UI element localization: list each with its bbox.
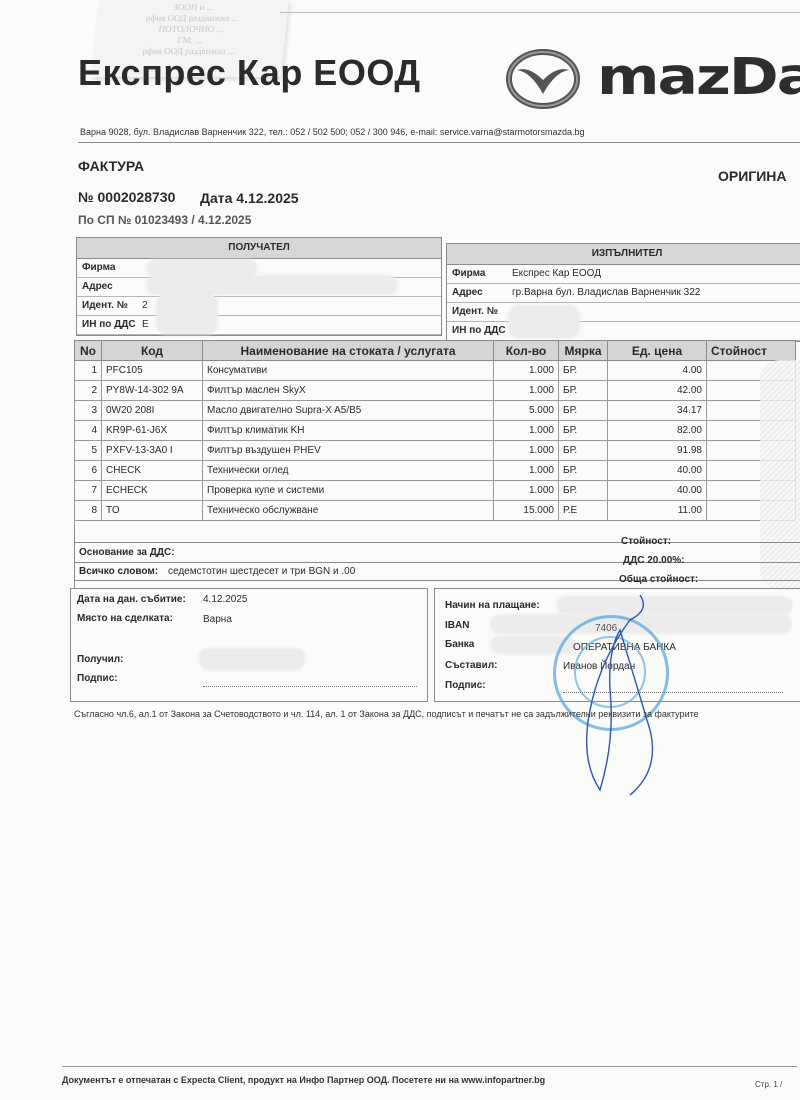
item-code: KR9P-61-J6X <box>102 421 203 441</box>
received-label: Получил: <box>77 654 123 665</box>
row-number: 5 <box>75 441 102 461</box>
item-code: 0W20 208I <box>102 401 203 421</box>
item-unit-price: 42.00 <box>608 381 707 401</box>
item-quantity: 1.000 <box>494 461 559 481</box>
event-date-value: 4.12.2025 <box>203 594 248 605</box>
footer-rule <box>62 1066 797 1067</box>
row-number: 6 <box>75 461 102 481</box>
item-code: PXFV-13-3A0 I <box>102 441 203 461</box>
item-code: ECHECK <box>102 481 203 501</box>
supplier-panel: ИЗПЪЛНИТЕЛ Фирма Експрес Кар ЕООД Адрес … <box>446 243 800 342</box>
item-name: Технически оглед <box>203 461 494 481</box>
iban-label: IBAN <box>445 620 469 631</box>
item-unit-price: 40.00 <box>608 481 707 501</box>
bank-label: Банка <box>445 639 474 650</box>
event-date-label: Дата на дан. събитие: <box>77 594 186 605</box>
item-code: CHECK <box>102 461 203 481</box>
field-label: ИН по ДДС <box>452 322 506 340</box>
supplier-heading: ИЗПЪЛНИТЕЛ <box>447 244 800 265</box>
item-unit: БР. <box>559 361 608 381</box>
col-price: Ед. цена <box>608 341 707 361</box>
document-title: ФАКТУРА <box>78 158 144 174</box>
item-quantity: 1.000 <box>494 421 559 441</box>
sp-reference: По СП № 01023493 / 4.12.2025 <box>78 213 251 227</box>
in-words-label: Всичко словом: <box>79 566 158 577</box>
contact-line: Варна 9028, бул. Владислав Варненчик 322… <box>80 127 585 137</box>
item-quantity: 1.000 <box>494 441 559 461</box>
item-unit: БР. <box>559 401 608 421</box>
recipient-row-vat: ИН по ДДС Е <box>77 316 441 335</box>
item-unit: Р.Е <box>559 501 608 521</box>
field-label: Адрес <box>82 278 113 296</box>
table-header-row: No Код Наименование на стоката / услугат… <box>75 341 796 361</box>
redaction <box>147 260 257 276</box>
field-label: Идент. № <box>452 303 498 321</box>
item-quantity: 1.000 <box>494 361 559 381</box>
item-unit-price: 82.00 <box>608 421 707 441</box>
flap-text: ЗООН и ... <box>98 2 289 13</box>
header-rule <box>78 142 800 143</box>
field-label: Фирма <box>452 265 486 283</box>
event-details-box: Дата на дан. събитие: 4.12.2025 Място на… <box>70 588 428 702</box>
totals-section: Стойност: Основание за ДДС: ДДС 20.00%: … <box>74 524 800 588</box>
item-code: PY8W-14-302 9A <box>102 381 203 401</box>
signature-line-left <box>203 686 417 687</box>
item-unit: БР. <box>559 441 608 461</box>
signature-icon <box>560 590 670 800</box>
place-value: Варна <box>203 614 232 625</box>
vat-label: ДДС 20.00%: <box>623 555 685 566</box>
row-number: 2 <box>75 381 102 401</box>
item-unit: БР. <box>559 461 608 481</box>
company-name: Експрес Кар ЕООД <box>78 52 421 94</box>
invoice-number: № 0002028730 <box>78 189 175 205</box>
col-unit: Мярка <box>559 341 608 361</box>
row-number: 4 <box>75 421 102 441</box>
col-value: Стойност <box>707 341 796 361</box>
field-value: гр.Варна бул. Владислав Варненчик 322 <box>512 284 700 302</box>
table-row: 4KR9P-61-J6XФилтър климатик KH1.000БР.82… <box>75 421 796 441</box>
table-row: 2PY8W-14-302 9AФилтър маслен SkyX1.000БР… <box>75 381 796 401</box>
item-name: Консумативи <box>203 361 494 381</box>
copy-label: ОРИГИНА <box>718 168 787 184</box>
row-number: 1 <box>75 361 102 381</box>
item-name: Филтър въздушен PHEV <box>203 441 494 461</box>
table-row: 30W20 208IМасло двигателно Supra-X A5/B5… <box>75 401 796 421</box>
page-number: Стр. 1 / <box>755 1080 782 1089</box>
issued-by-label: Съставил: <box>445 660 498 671</box>
item-quantity: 5.000 <box>494 401 559 421</box>
item-code: PFC105 <box>102 361 203 381</box>
redaction <box>509 306 579 338</box>
invoice-date: Дата 4.12.2025 <box>200 190 299 206</box>
redaction <box>199 649 305 669</box>
item-name: Техническо обслужване <box>203 501 494 521</box>
signature-label-right: Подпис: <box>445 680 486 691</box>
redaction <box>157 294 217 334</box>
field-label: ИН по ДДС <box>82 316 136 334</box>
col-name: Наименование на стоката / услугата <box>203 341 494 361</box>
item-name: Филтър климатик KH <box>203 421 494 441</box>
field-label: Фирма <box>82 259 116 277</box>
item-quantity: 1.000 <box>494 381 559 401</box>
item-unit: БР. <box>559 381 608 401</box>
col-qty: Кол-во <box>494 341 559 361</box>
divider <box>75 562 800 563</box>
supplier-row-vat: ИН по ДДС <box>447 322 800 341</box>
item-code: TO <box>102 501 203 521</box>
item-unit-price: 40.00 <box>608 461 707 481</box>
supplier-row-id: Идент. № <box>447 303 800 322</box>
recipient-heading: ПОЛУЧАТЕЛ <box>77 238 441 259</box>
row-number: 3 <box>75 401 102 421</box>
field-value: Експрес Кар ЕООД <box>512 265 601 283</box>
place-label: Място на сделката: <box>77 613 173 624</box>
supplier-row-address: Адрес гр.Варна бул. Владислав Варненчик … <box>447 284 800 303</box>
field-label: Адрес <box>452 284 483 302</box>
table-row: 7ECHECKПроверка купе и системи1.000БР.40… <box>75 481 796 501</box>
in-words-value: седемстотин шестдесет и три BGN и .00 <box>168 566 355 577</box>
table-row: 6CHECKТехнически оглед1.000БР.40.00 <box>75 461 796 481</box>
redaction <box>147 276 397 294</box>
field-value: Е <box>142 316 149 334</box>
signature-label-left: Подпис: <box>77 673 118 684</box>
vat-basis-label: Основание за ДДС: <box>79 547 175 558</box>
flap-text: рфия ООД раздвижна ... <box>97 13 288 24</box>
field-value: 2 <box>142 297 148 315</box>
legal-footnote: Съгласно чл.6, ал.1 от Закона за Счетово… <box>74 709 699 719</box>
mazda-logo-icon <box>505 48 585 110</box>
table-row: 8TOТехническо обслужване15.000Р.Е11.00 <box>75 501 796 521</box>
item-name: Масло двигателно Supra-X A5/B5 <box>203 401 494 421</box>
payment-method-label: Начин на плащане: <box>445 600 540 611</box>
items-table: No Код Наименование на стоката / услугат… <box>74 340 796 533</box>
flap-text: ПОТОЛОЧНО ... <box>95 24 286 35</box>
item-unit-price: 91.98 <box>608 441 707 461</box>
row-number: 7 <box>75 481 102 501</box>
recipient-panel: ПОЛУЧАТЕЛ Фирма Адрес Идент. № 2 ИН по Д… <box>76 237 442 336</box>
divider <box>75 542 800 543</box>
top-rule <box>280 12 800 13</box>
item-quantity: 15.000 <box>494 501 559 521</box>
item-name: Проверка купе и системи <box>203 481 494 501</box>
mazda-wordmark: mazDa <box>597 47 800 107</box>
subtotal-label: Стойност: <box>621 536 671 547</box>
row-number: 8 <box>75 501 102 521</box>
item-unit-price: 11.00 <box>608 501 707 521</box>
item-quantity: 1.000 <box>494 481 559 501</box>
footer-printed-by: Документът е отпечатан с Expecta Client,… <box>62 1075 545 1085</box>
item-unit-price: 4.00 <box>608 361 707 381</box>
item-unit: БР. <box>559 481 608 501</box>
table-row: 5PXFV-13-3A0 IФилтър въздушен PHEV1.000Б… <box>75 441 796 461</box>
grand-total-label: Обща стойност: <box>619 574 698 585</box>
mazda-logo: mazDa <box>505 48 800 110</box>
field-label: Идент. № <box>82 297 128 315</box>
table-row: 1PFC105Консумативи1.000БР.4.00 <box>75 361 796 381</box>
item-unit: БР. <box>559 421 608 441</box>
col-no: No <box>75 341 102 361</box>
item-name: Филтър маслен SkyX <box>203 381 494 401</box>
col-code: Код <box>102 341 203 361</box>
recipient-row-id: Идент. № 2 <box>77 297 441 316</box>
item-unit-price: 34.17 <box>608 401 707 421</box>
supplier-row-firm: Фирма Експрес Кар ЕООД <box>447 265 800 284</box>
flap-text: ГМ: ... <box>94 35 285 46</box>
